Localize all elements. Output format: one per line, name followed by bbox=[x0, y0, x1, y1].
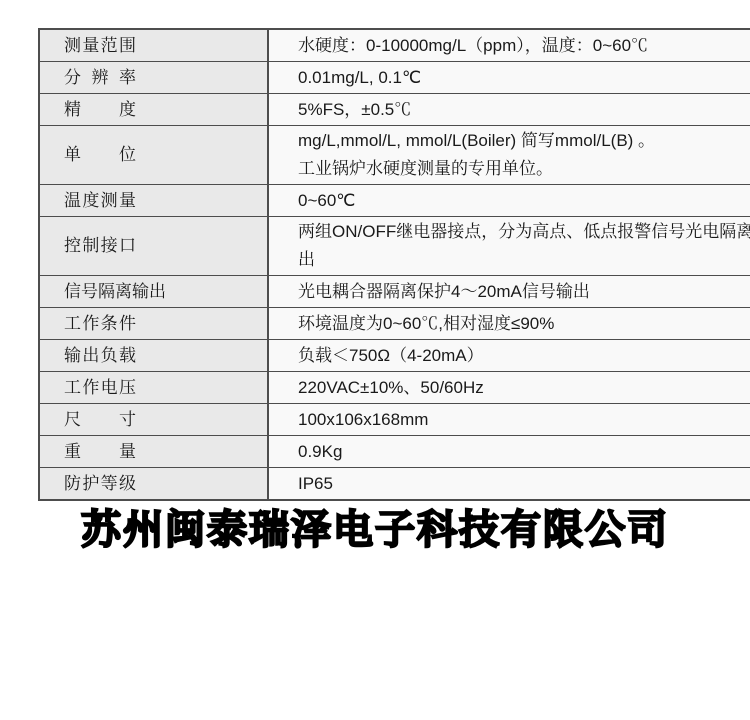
spec-label: 单位 bbox=[64, 141, 136, 169]
spec-label-cell: 分辨率 bbox=[39, 62, 268, 94]
spec-label: 温度测量 bbox=[64, 187, 136, 215]
spec-label-cell: 单位 bbox=[39, 126, 268, 185]
spec-row-signal-isolated-output: 信号隔离输出 光电耦合器隔离保护4～20mA信号输出 bbox=[39, 276, 750, 308]
spec-label-cell: 测量范围 bbox=[39, 29, 268, 62]
spec-row-weight: 重量 0.9Kg bbox=[39, 436, 750, 468]
spec-value-cell: 220VAC±10%、50/60Hz bbox=[268, 372, 750, 404]
spec-row-temp-measure: 温度测量 0~60℃ bbox=[39, 185, 750, 217]
spec-value-cell: 0.01mg/L, 0.1℃ bbox=[268, 62, 750, 94]
spec-table: 测量范围 水硬度：0-10000mg/L（ppm），温度：0~60℃ 分辨率 0… bbox=[38, 28, 750, 501]
spec-row-working-voltage: 工作电压 220VAC±10%、50/60Hz bbox=[39, 372, 750, 404]
spec-row-protection-rating: 防护等级 IP65 bbox=[39, 468, 750, 501]
spec-label: 精度 bbox=[64, 96, 136, 124]
spec-label-cell: 输出负载 bbox=[39, 340, 268, 372]
spec-label-cell: 工作条件 bbox=[39, 308, 268, 340]
spec-value-cell: 5%FS，±0.5℃ bbox=[268, 94, 750, 126]
spec-label: 防护等级 bbox=[64, 470, 136, 498]
spec-value-cell: 负载＜750Ω（4-20mA） bbox=[268, 340, 750, 372]
spec-value-cell: IP65 bbox=[268, 468, 750, 501]
spec-value-cell: 两组ON/OFF继电器接点，分为高点、低点报警信号光电隔离输出 bbox=[268, 217, 750, 276]
spec-label-cell: 尺寸 bbox=[39, 404, 268, 436]
spec-row-output-load: 输出负载 负载＜750Ω（4-20mA） bbox=[39, 340, 750, 372]
spec-value-cell: 100x106x168mm bbox=[268, 404, 750, 436]
spec-label-cell: 防护等级 bbox=[39, 468, 268, 501]
spec-label: 信号隔离输出 bbox=[64, 278, 166, 306]
spec-label-cell: 控制接口 bbox=[39, 217, 268, 276]
spec-label: 重量 bbox=[64, 438, 136, 466]
company-name: 苏州闽泰瑞泽电子科技有限公司 bbox=[0, 506, 750, 554]
spec-value-cell: 0.9Kg bbox=[268, 436, 750, 468]
spec-label-cell: 温度测量 bbox=[39, 185, 268, 217]
spec-label-cell: 工作电压 bbox=[39, 372, 268, 404]
spec-label-cell: 信号隔离输出 bbox=[39, 276, 268, 308]
spec-row-resolution: 分辨率 0.01mg/L, 0.1℃ bbox=[39, 62, 750, 94]
spec-value-cell: mg/L,mmol/L, mmol/L(Boiler) 简写mmol/L(B) … bbox=[268, 126, 750, 185]
spec-table-body: 测量范围 水硬度：0-10000mg/L（ppm），温度：0~60℃ 分辨率 0… bbox=[39, 29, 750, 500]
spec-row-units: 单位 mg/L,mmol/L, mmol/L(Boiler) 简写mmol/L(… bbox=[39, 126, 750, 185]
spec-label: 工作条件 bbox=[64, 310, 136, 338]
spec-value-cell: 光电耦合器隔离保护4～20mA信号输出 bbox=[268, 276, 750, 308]
spec-row-accuracy: 精度 5%FS，±0.5℃ bbox=[39, 94, 750, 126]
spec-row-dimensions: 尺寸 100x106x168mm bbox=[39, 404, 750, 436]
spec-row-control-interface: 控制接口 两组ON/OFF继电器接点，分为高点、低点报警信号光电隔离输出 bbox=[39, 217, 750, 276]
spec-label: 分辨率 bbox=[64, 64, 136, 92]
spec-label-cell: 重量 bbox=[39, 436, 268, 468]
spec-label: 测量范围 bbox=[64, 32, 136, 60]
spec-value-cell: 环境温度为0~60℃,相对湿度≤90% bbox=[268, 308, 750, 340]
spec-row-working-conditions: 工作条件 环境温度为0~60℃,相对湿度≤90% bbox=[39, 308, 750, 340]
spec-value-cell: 0~60℃ bbox=[268, 185, 750, 217]
spec-label: 输出负载 bbox=[64, 342, 136, 370]
spec-label: 尺寸 bbox=[64, 406, 136, 434]
spec-label-cell: 精度 bbox=[39, 94, 268, 126]
spec-label: 工作电压 bbox=[64, 374, 136, 402]
spec-label: 控制接口 bbox=[64, 232, 136, 260]
spec-sheet-page: 测量范围 水硬度：0-10000mg/L（ppm），温度：0~60℃ 分辨率 0… bbox=[0, 0, 750, 720]
spec-row-measure-range: 测量范围 水硬度：0-10000mg/L（ppm），温度：0~60℃ bbox=[39, 29, 750, 62]
spec-value-cell: 水硬度：0-10000mg/L（ppm），温度：0~60℃ bbox=[268, 29, 750, 62]
